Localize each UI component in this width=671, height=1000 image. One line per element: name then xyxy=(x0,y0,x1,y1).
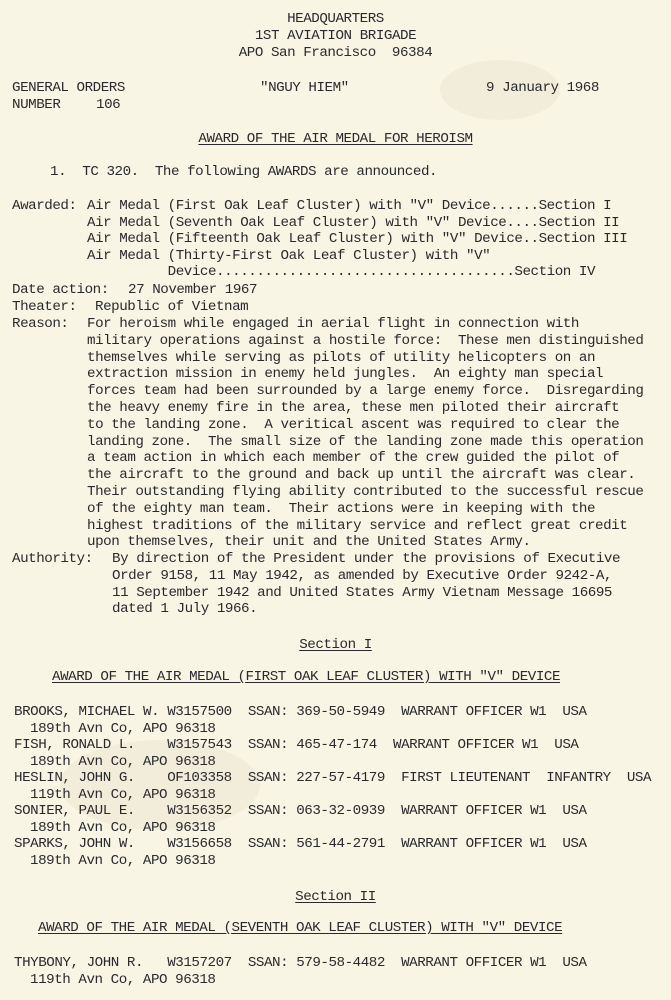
date-action-label: Date action: xyxy=(12,282,109,299)
section-heading: Section I xyxy=(0,637,671,654)
recipient-line: HESLIN, JOHN G. OF103358 SSAN: 227-57-41… xyxy=(14,770,651,787)
number-label: NUMBER xyxy=(12,97,60,114)
recipient-unit: 119th Avn Co, APO 96318 xyxy=(30,972,215,989)
reason-label: Reason: xyxy=(12,316,68,333)
recipient-unit: 189th Avn Co, APO 96318 xyxy=(30,721,215,738)
document-title: AWARD OF THE AIR MEDAL FOR HEROISM xyxy=(0,131,671,148)
header-address: APO San Francisco 96384 xyxy=(0,45,671,62)
section-heading: Section II xyxy=(0,889,671,906)
reason-line: extraction mission in enemy held jungles… xyxy=(87,366,603,383)
reason-line: military operations against a hostile fo… xyxy=(87,333,643,350)
reason-line: to the landing zone. A veritical ascent … xyxy=(87,417,619,434)
reason-line: a team action in which each member of th… xyxy=(87,450,619,467)
recipient-line: THYBONY, JOHN R. W3157207 SSAN: 579-58-4… xyxy=(14,955,587,972)
authority-line: dated 1 July 1966. xyxy=(112,601,257,618)
theater-label: Theater: xyxy=(12,299,77,316)
order-date: 9 January 1968 xyxy=(486,80,599,97)
awarded-label: Awarded: xyxy=(12,198,77,215)
awarded-item: Air Medal (First Oak Leaf Cluster) with … xyxy=(87,198,611,215)
authority-label: Authority: xyxy=(12,551,93,568)
recipient-unit: 189th Avn Co, APO 96318 xyxy=(30,820,215,837)
order-number: 106 xyxy=(96,97,120,114)
awarded-item: Air Medal (Fifteenth Oak Leaf Cluster) w… xyxy=(87,231,627,248)
recipient-line: SONIER, PAUL E. W3156352 SSAN: 063-32-09… xyxy=(14,803,587,820)
document-page: HEADQUARTERS 1ST AVIATION BRIGADE APO Sa… xyxy=(0,0,671,1000)
general-orders-label: GENERAL ORDERS xyxy=(12,80,125,97)
recipient-unit: 189th Avn Co, APO 96318 xyxy=(30,754,215,771)
paragraph-1: 1. TC 320. The following AWARDS are anno… xyxy=(50,164,437,181)
recipient-unit: 119th Avn Co, APO 96318 xyxy=(30,787,215,804)
section-title: AWARD OF THE AIR MEDAL (SEVENTH OAK LEAF… xyxy=(38,920,562,937)
recipient-line: FISH, RONALD L. W3157543 SSAN: 465-47-17… xyxy=(14,737,578,754)
theater-value: Republic of Vietnam xyxy=(95,299,248,316)
awarded-item: Air Medal (Seventh Oak Leaf Cluster) wit… xyxy=(87,215,619,232)
reason-line: themselves while serving as pilots of ut… xyxy=(87,350,595,367)
reason-line: of the eighty man team. Their actions we… xyxy=(87,501,595,518)
header-headquarters: HEADQUARTERS xyxy=(0,11,671,28)
authority-line: By direction of the President under the … xyxy=(112,551,620,568)
section-title: AWARD OF THE AIR MEDAL (FIRST OAK LEAF C… xyxy=(52,669,560,686)
date-action-value: 27 November 1967 xyxy=(128,282,257,299)
reason-line: forces team had been surrounded by a lar… xyxy=(87,383,643,400)
reason-line: Their outstanding flying ability contrib… xyxy=(87,484,643,501)
header-unit: 1ST AVIATION BRIGADE xyxy=(0,28,671,45)
awarded-item: Air Medal (Thirty-First Oak Leaf Cluster… xyxy=(87,248,490,265)
reason-line: upon themselves, their unit and the Unit… xyxy=(87,534,531,551)
reason-line: landing zone. The small size of the land… xyxy=(87,434,643,451)
recipient-line: BROOKS, MICHAEL W. W3157500 SSAN: 369-50… xyxy=(14,704,587,721)
recipient-unit: 189th Avn Co, APO 96318 xyxy=(30,853,215,870)
authority-line: 11 September 1942 and United States Army… xyxy=(112,585,612,602)
reason-line: the aircraft to the ground and back up u… xyxy=(87,467,635,484)
awarded-item: Device..................................… xyxy=(87,264,595,281)
recipient-line: SPARKS, JOHN W. W3156658 SSAN: 561-44-27… xyxy=(14,836,587,853)
reason-line: the heavy enemy fire in the area, these … xyxy=(87,400,619,417)
unit-motto: "NGUY HIEM" xyxy=(260,80,349,97)
authority-line: Order 9158, 11 May 1942, as amended by E… xyxy=(112,568,612,585)
reason-line: highest traditions of the military servi… xyxy=(87,518,627,535)
reason-line: For heroism while engaged in aerial flig… xyxy=(87,316,579,333)
